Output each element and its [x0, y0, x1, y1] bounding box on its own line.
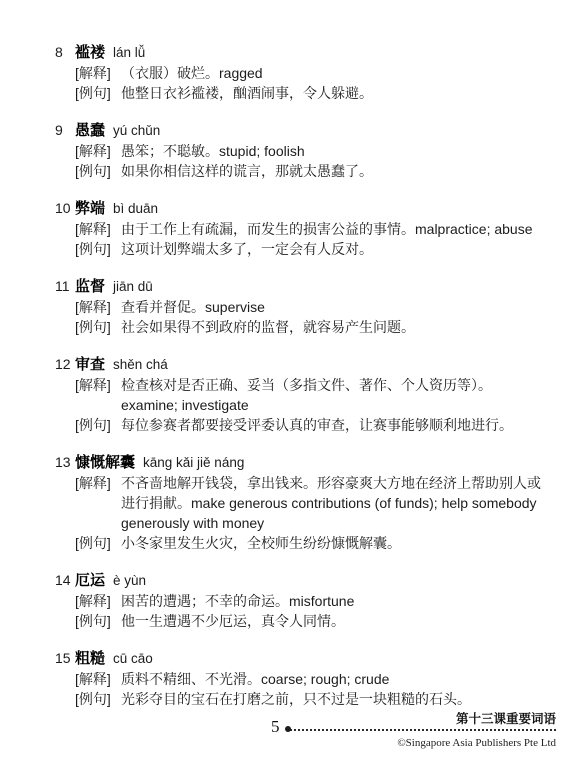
divider-dot-icon — [285, 726, 291, 732]
example-text: 每位参赛者都要接受评委认真的审查，让赛事能够顺利地进行。 — [121, 415, 544, 435]
example-row: [例句] 每位参赛者都要接受评委认真的审查，让赛事能够顺利地进行。 — [55, 415, 544, 435]
entry-word: 监督 — [75, 277, 105, 297]
entry-head: 10 弊端 bì duān — [55, 198, 544, 219]
example-text: 社会如果得不到政府的监督，就容易产生问题。 — [121, 317, 544, 337]
explanation-label: [解释] — [75, 669, 121, 689]
explanation-label: [解释] — [75, 375, 121, 415]
entry-head: 12 审查 shěn chá — [55, 354, 544, 375]
example-text: 如果你相信这样的谎言，那就太愚蠢了。 — [121, 161, 544, 181]
entry-number: 11 — [55, 276, 75, 296]
example-label: [例句] — [75, 689, 121, 709]
entry-word: 慷慨解囊 — [75, 453, 135, 473]
explanation-text: 检查核对是否正确、妥当（多指文件、著作、个人资历等）。examine; inve… — [121, 375, 544, 415]
vocab-entry-13: 13 慷慨解囊 kāng kǎi jiě náng [解释] 不吝啬地解开钱袋，… — [55, 452, 544, 553]
explanation-text: （衣服）破烂。ragged — [121, 63, 544, 83]
page-number: 5 — [271, 717, 280, 737]
entry-word: 褴褛 — [75, 43, 105, 63]
explanation-text: 困苦的遭遇；不幸的命运。misfortune — [121, 591, 544, 611]
entry-head: 8 褴褛 lán lǚ — [55, 42, 544, 63]
example-label: [例句] — [75, 83, 121, 103]
example-text: 小冬家里发生火灾，全校师生纷纷慷慨解囊。 — [121, 533, 544, 553]
footer-section-title: 第十三课重要词语 — [456, 709, 556, 727]
vocab-entry-14: 14 厄运 è yùn [解释] 困苦的遭遇；不幸的命运。misfortune … — [55, 570, 544, 631]
example-row: [例句] 这项计划弊端太多了，一定会有人反对。 — [55, 239, 544, 259]
entry-word: 厄运 — [75, 571, 105, 591]
explanation-text: 不吝啬地解开钱袋，拿出钱来。形容豪爽大方地在经济上帮助别人或进行捐献。make … — [121, 473, 544, 533]
entry-word: 弊端 — [75, 199, 105, 219]
explanation-label: [解释] — [75, 297, 121, 317]
explanation-row: [解释] 不吝啬地解开钱袋，拿出钱来。形容豪爽大方地在经济上帮助别人或进行捐献。… — [55, 473, 544, 533]
example-label: [例句] — [75, 161, 121, 181]
example-row: [例句] 社会如果得不到政府的监督，就容易产生问题。 — [55, 317, 544, 337]
entry-pinyin: yú chǔn — [113, 121, 160, 141]
explanation-row: [解释] 由于工作上有疏漏，而发生的损害公益的事情。malpractice; a… — [55, 219, 544, 239]
entry-pinyin: lán lǚ — [113, 43, 145, 63]
example-row: [例句] 他一生遭遇不少厄运，真令人同情。 — [55, 611, 544, 631]
entry-head: 13 慷慨解囊 kāng kǎi jiě náng — [55, 452, 544, 473]
example-text: 他整日衣衫褴褛，酗酒闹事，令人躲避。 — [121, 83, 544, 103]
example-row: [例句] 他整日衣衫褴褛，酗酒闹事，令人躲避。 — [55, 83, 544, 103]
entry-pinyin: kāng kǎi jiě náng — [143, 453, 244, 473]
example-label: [例句] — [75, 415, 121, 435]
entry-head: 11 监督 jiān dū — [55, 276, 544, 297]
explanation-label: [解释] — [75, 63, 121, 83]
entry-pinyin: bì duān — [113, 199, 158, 219]
explanation-text: 愚笨；不聪敏。stupid; foolish — [121, 141, 544, 161]
entry-number: 13 — [55, 452, 75, 472]
example-label: [例句] — [75, 611, 121, 631]
explanation-row: [解释] 困苦的遭遇；不幸的命运。misfortune — [55, 591, 544, 611]
entry-number: 14 — [55, 570, 75, 590]
vocab-entry-12: 12 审查 shěn chá [解释] 检查核对是否正确、妥当（多指文件、著作、… — [55, 354, 544, 435]
entry-pinyin: shěn chá — [113, 355, 168, 375]
entry-head: 15 粗糙 cū cāo — [55, 648, 544, 669]
example-row: [例句] 光彩夺目的宝石在打磨之前，只不过是一块粗糙的石头。 — [55, 689, 544, 709]
explanation-label: [解释] — [75, 591, 121, 611]
entry-word: 愚蠢 — [75, 121, 105, 141]
explanation-label: [解释] — [75, 219, 121, 239]
entry-number: 15 — [55, 648, 75, 668]
explanation-row: [解释] （衣服）破烂。ragged — [55, 63, 544, 83]
vocab-entry-8: 8 褴褛 lán lǚ [解释] （衣服）破烂。ragged [例句] 他整日衣… — [55, 42, 544, 103]
explanation-text: 查看并督促。supervise — [121, 297, 544, 317]
example-label: [例句] — [75, 239, 121, 259]
entry-head: 9 愚蠢 yú chǔn — [55, 120, 544, 141]
example-row: [例句] 小冬家里发生火灾，全校师生纷纷慷慨解囊。 — [55, 533, 544, 553]
vocab-entry-10: 10 弊端 bì duān [解释] 由于工作上有疏漏，而发生的损害公益的事情。… — [55, 198, 544, 259]
explanation-row: [解释] 检查核对是否正确、妥当（多指文件、著作、个人资历等）。examine;… — [55, 375, 544, 415]
entry-pinyin: cū cāo — [113, 649, 153, 669]
explanation-row: [解释] 愚笨；不聪敏。stupid; foolish — [55, 141, 544, 161]
example-text: 他一生遭遇不少厄运，真令人同情。 — [121, 611, 544, 631]
vocab-entry-9: 9 愚蠢 yú chǔn [解释] 愚笨；不聪敏。stupid; foolish… — [55, 120, 544, 181]
explanation-label: [解释] — [75, 473, 121, 533]
explanation-label: [解释] — [75, 141, 121, 161]
entry-number: 12 — [55, 354, 75, 374]
entry-number: 8 — [55, 42, 75, 62]
entry-head: 14 厄运 è yùn — [55, 570, 544, 591]
explanation-row: [解释] 查看并督促。supervise — [55, 297, 544, 317]
example-label: [例句] — [75, 533, 121, 553]
explanation-text: 质料不精细、不光滑。coarse; rough; crude — [121, 669, 544, 689]
vocab-entry-15: 15 粗糙 cū cāo [解释] 质料不精细、不光滑。coarse; roug… — [55, 648, 544, 709]
textbook-page: 8 褴褛 lán lǚ [解释] （衣服）破烂。ragged [例句] 他整日衣… — [0, 0, 562, 768]
entry-pinyin: è yùn — [113, 571, 146, 591]
entry-word: 审查 — [75, 355, 105, 375]
vocab-list: 8 褴褛 lán lǚ [解释] （衣服）破烂。ragged [例句] 他整日衣… — [0, 0, 562, 709]
example-text: 光彩夺目的宝石在打磨之前，只不过是一块粗糙的石头。 — [121, 689, 544, 709]
explanation-row: [解释] 质料不精细、不光滑。coarse; rough; crude — [55, 669, 544, 689]
entry-number: 9 — [55, 120, 75, 140]
entry-number: 10 — [55, 198, 75, 218]
entry-word: 粗糙 — [75, 649, 105, 669]
example-label: [例句] — [75, 317, 121, 337]
vocab-entry-11: 11 监督 jiān dū [解释] 查看并督促。supervise [例句] … — [55, 276, 544, 337]
entry-pinyin: jiān dū — [113, 277, 153, 297]
example-row: [例句] 如果你相信这样的谎言，那就太愚蠢了。 — [55, 161, 544, 181]
copyright-text: ©Singapore Asia Publishers Pte Ltd — [397, 737, 556, 749]
footer-divider — [287, 729, 556, 731]
explanation-text: 由于工作上有疏漏，而发生的损害公益的事情。malpractice; abuse — [121, 219, 544, 239]
example-text: 这项计划弊端太多了，一定会有人反对。 — [121, 239, 544, 259]
